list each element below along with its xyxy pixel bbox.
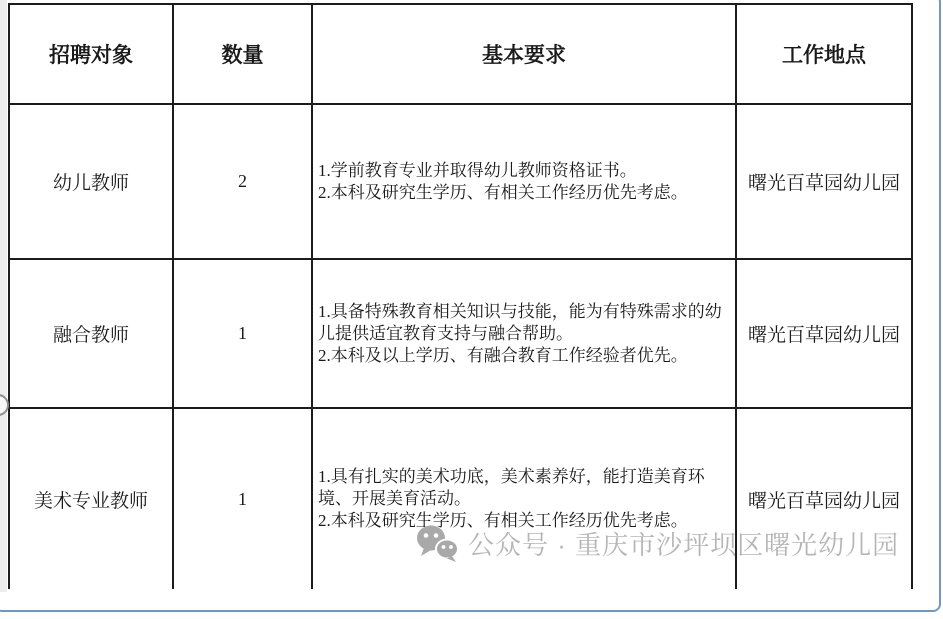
requirement-item: 1.具有扎实的美术功底，美术素养好，能打造美育环境、开展美育活动。 [318,466,729,510]
header-requirements: 基本要求 [312,4,736,104]
requirement-item: 2.本科及以上学历、有融合教育工作经验者优先。 [318,345,729,367]
page: 招聘对象 数量 基本要求 工作地点 幼儿教师 2 1.学前教育专业并取得幼儿教师… [0,0,943,619]
table-row: 美术专业教师 1 1.具有扎实的美术功底，美术素养好，能打造美育环境、开展美育活… [9,408,912,589]
position-cell: 融合教师 [9,259,173,408]
location-cell: 曙光百草园幼儿园 [736,259,912,408]
requirements-cell: 1.具备特殊教育相关知识与技能，能为有特殊需求的幼儿提供适宜教育支持与融合帮助。… [312,259,736,408]
position-cell: 美术专业教师 [9,408,173,589]
location-cell: 曙光百草园幼儿园 [736,408,912,589]
quantity-cell: 2 [173,104,312,259]
left-gutter-strip [0,0,7,592]
table-header-row: 招聘对象 数量 基本要求 工作地点 [9,4,912,104]
quantity-cell: 1 [173,259,312,408]
requirement-item: 1.具备特殊教育相关知识与技能，能为有特殊需求的幼儿提供适宜教育支持与融合帮助。 [318,301,729,345]
requirement-item: 2.本科及研究生学历、有相关工作经历优先考虑。 [318,510,729,532]
table-row: 幼儿教师 2 1.学前教育专业并取得幼儿教师资格证书。 2.本科及研究生学历、有… [9,104,912,259]
quantity-cell: 1 [173,408,312,589]
header-position: 招聘对象 [9,4,173,104]
header-quantity: 数量 [173,4,312,104]
requirement-item: 2.本科及研究生学历、有相关工作经历优先考虑。 [318,182,729,204]
position-cell: 幼儿教师 [9,104,173,259]
requirements-cell: 1.具有扎实的美术功底，美术素养好，能打造美育环境、开展美育活动。 2.本科及研… [312,408,736,589]
location-cell: 曙光百草园幼儿园 [736,104,912,259]
recruitment-table: 招聘对象 数量 基本要求 工作地点 幼儿教师 2 1.学前教育专业并取得幼儿教师… [8,3,913,589]
requirement-item: 1.学前教育专业并取得幼儿教师资格证书。 [318,160,729,182]
header-location: 工作地点 [736,4,912,104]
table-row: 融合教师 1 1.具备特殊教育相关知识与技能，能为有特殊需求的幼儿提供适宜教育支… [9,259,912,408]
requirements-cell: 1.学前教育专业并取得幼儿教师资格证书。 2.本科及研究生学历、有相关工作经历优… [312,104,736,259]
